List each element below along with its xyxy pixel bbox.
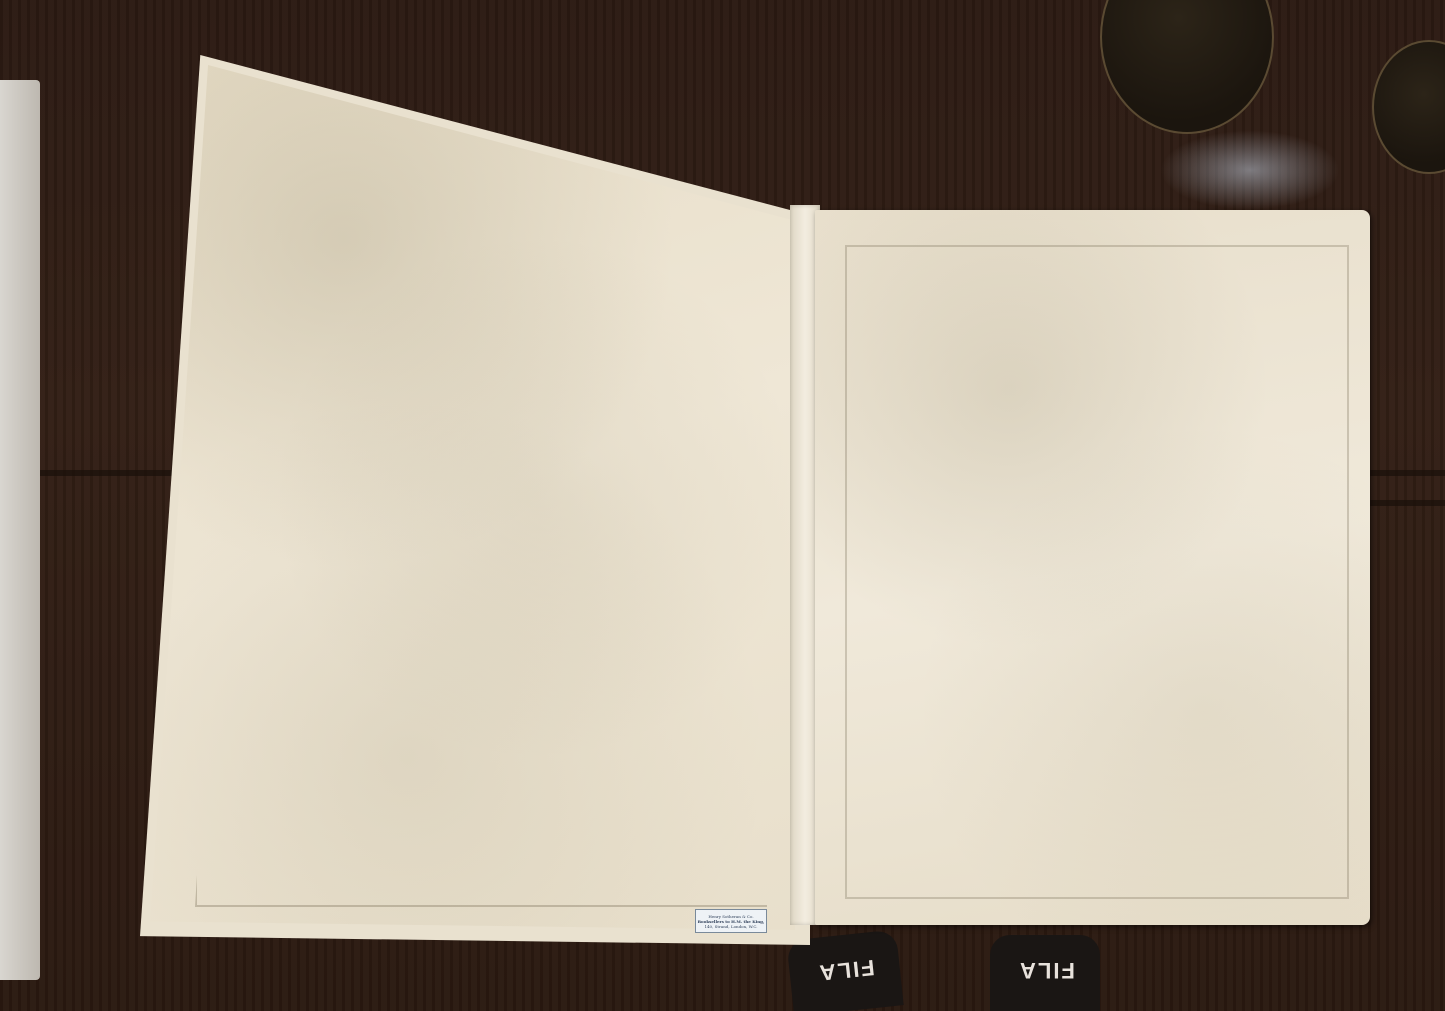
feet-in-sandals: FILA FILA (780, 935, 1120, 1011)
sandal-logo: FILA (816, 954, 875, 986)
label-line-3: 140, Strand, London, W.C. (704, 924, 757, 929)
light-reflection (1160, 130, 1340, 210)
sandal-logo: FILA (1018, 957, 1075, 983)
sandal-right: FILA (990, 935, 1100, 1011)
white-object-left (0, 80, 40, 980)
pastedown-border (195, 85, 767, 907)
bookseller-label: Henry Sotheran & Co. Booksellers to H.M.… (695, 909, 767, 933)
table-seam-right (1360, 500, 1445, 506)
endpaper-border (845, 245, 1349, 899)
